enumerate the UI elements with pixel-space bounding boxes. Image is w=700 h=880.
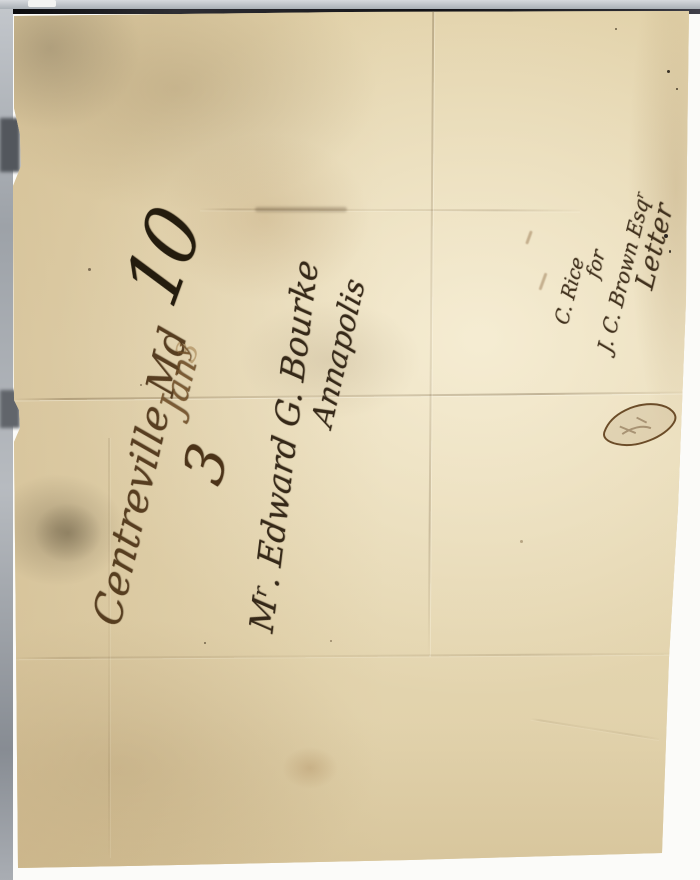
paper-edge-tear-shadow [0, 118, 20, 172]
postmark-day: 3 [171, 435, 241, 493]
ink-speck [330, 640, 332, 642]
crease-smudge [255, 207, 347, 212]
docket-line-4: C. Rice [551, 254, 588, 328]
ink-speck [615, 28, 617, 30]
ink-speck [667, 70, 670, 73]
postal-rate-marking: 10 [108, 197, 219, 320]
fold-crease-diagonal [531, 718, 660, 740]
wax-seal-impression [596, 393, 686, 457]
fold-crease-vertical-lower-left [108, 438, 110, 858]
letter-paper: 10 3 Centreville Md Janʸ 3 Mʳ. Edward G.… [10, 8, 692, 872]
scanner-bed-notch [28, 0, 56, 7]
ink-speck [204, 642, 206, 644]
ink-speck [88, 268, 91, 271]
fold-crease-vertical [428, 12, 435, 657]
fold-crease-horizontal-lower [12, 653, 672, 660]
address-recipient: Mʳ. Edward G. Bourke [242, 256, 326, 636]
fold-crease-horizontal-middle [12, 391, 688, 400]
offset-ink-mark [539, 273, 548, 291]
ink-speck [676, 88, 678, 90]
offset-ink-mark [525, 230, 533, 244]
ink-speck [520, 540, 523, 543]
scanner-bed-top-strip [0, 0, 700, 9]
